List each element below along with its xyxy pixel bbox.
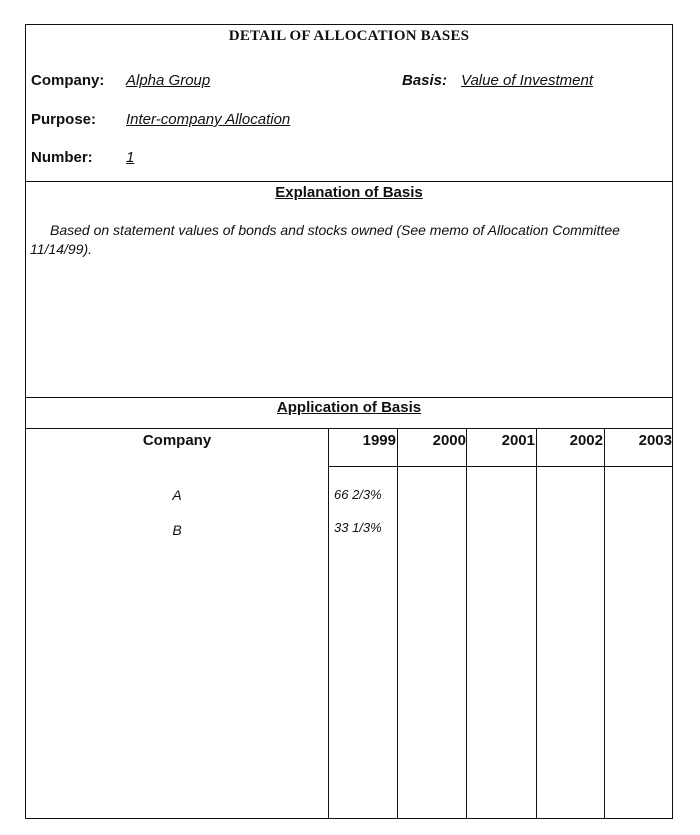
purpose-label: Purpose: [31, 111, 96, 128]
document-title: DETAIL OF ALLOCATION BASES [26, 28, 672, 45]
year-header-2002: 2002 [536, 432, 603, 449]
year-header-1999: 1999 [328, 432, 396, 449]
row-company-b: B [26, 522, 328, 538]
row-company-a: A [26, 487, 328, 503]
company-value: Alpha Group [126, 72, 210, 89]
column-divider [397, 429, 398, 818]
allocation-form: DETAIL OF ALLOCATION BASES Company: Alph… [25, 24, 673, 819]
divider [26, 397, 672, 398]
company-label: Company: [31, 72, 104, 89]
number-value: 1 [126, 149, 134, 166]
company-column-header: Company [26, 432, 328, 449]
basis-label: Basis: [402, 72, 447, 89]
column-divider [604, 429, 605, 818]
row-b-1999: 33 1/3% [334, 520, 382, 535]
explanation-heading: Explanation of Basis [26, 184, 672, 201]
year-header-2001: 2001 [467, 432, 535, 449]
row-a-1999: 66 2/3% [334, 487, 382, 502]
year-header-2003: 2003 [605, 432, 672, 449]
number-label: Number: [31, 149, 93, 166]
divider [26, 181, 672, 182]
divider [26, 428, 672, 429]
purpose-value: Inter-company Allocation [126, 111, 290, 128]
application-heading: Application of Basis [26, 399, 672, 416]
column-divider [466, 429, 467, 818]
column-divider [328, 429, 329, 818]
header-underline [328, 466, 672, 467]
basis-value: Value of Investment [461, 72, 593, 89]
explanation-text: Based on statement values of bonds and s… [30, 221, 666, 259]
year-header-2000: 2000 [398, 432, 466, 449]
column-divider [536, 429, 537, 818]
